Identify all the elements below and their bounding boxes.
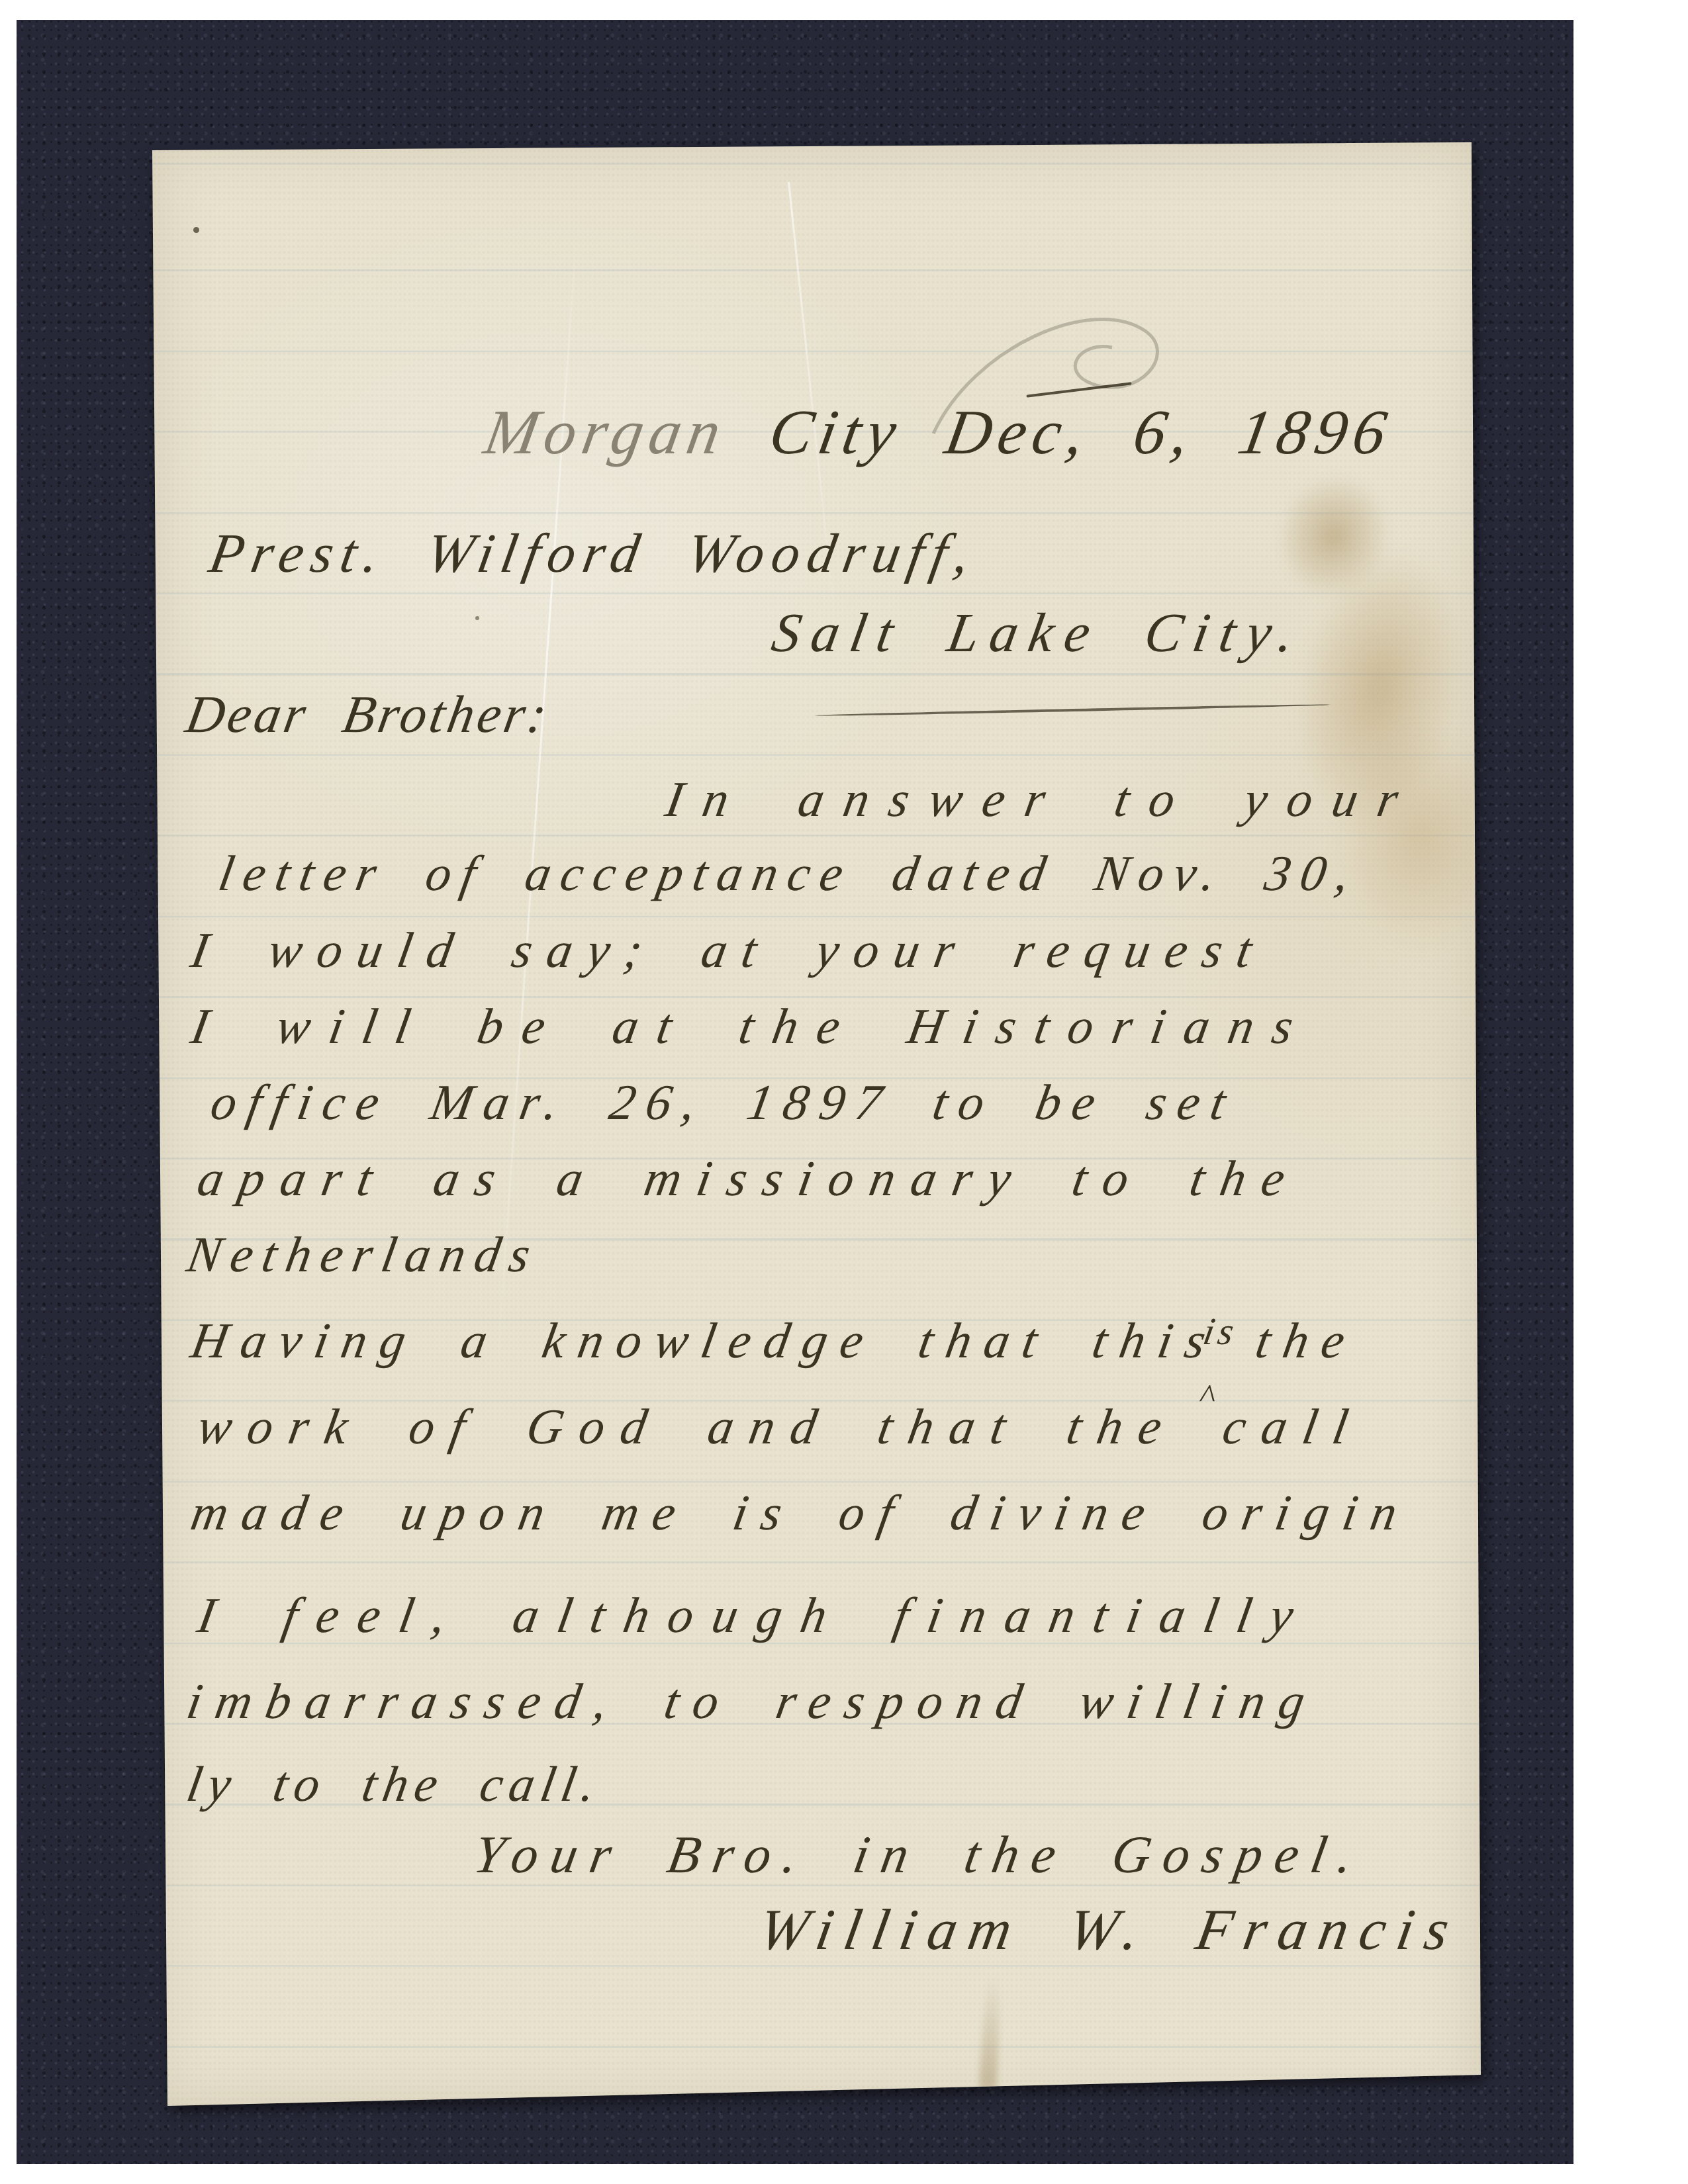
letter-line-with-insertion: Having a knowledge that thisis^the (187, 1316, 1362, 1366)
letter-line: I would say; at your request (187, 925, 1271, 976)
letter-line: work of God and that the call (194, 1402, 1368, 1452)
mat-background: Morgan City Dec, 6, 1896 Prest. Wilford … (17, 20, 1573, 2164)
speck (475, 616, 479, 620)
letter-line: Netherlands (183, 1230, 543, 1280)
dateline-date: City Dec, 6, 1896 (765, 396, 1398, 467)
recipient-name-line: Prest. Wilford Woodruff, (205, 526, 982, 582)
letter-line: made upon me is of divine origin (187, 1488, 1415, 1538)
closing-line: Your Bro. in the Gospel. (470, 1829, 1370, 1882)
scanned-letter-page: Morgan City Dec, 6, 1896 Prest. Wilford … (0, 0, 1688, 2184)
letter-line: I feel, although finantially (194, 1590, 1317, 1641)
letter-line: office Mar. 26, 1897 to be set (207, 1077, 1241, 1128)
letter-line: I will be at the Historians (187, 1001, 1316, 1052)
recipient-city-line: Salt Lake City. (768, 606, 1309, 661)
stain (1337, 725, 1503, 950)
dateline: Morgan City Dec, 6, 1896 (480, 400, 1397, 464)
letter-line: the (1252, 1313, 1362, 1369)
signature: William W. Francis (755, 1901, 1465, 1960)
letter-line: letter of acceptance dated Nov. 30, (215, 848, 1363, 899)
letter-line: apart as a missionary to the (194, 1154, 1305, 1204)
letter-paper: Morgan City Dec, 6, 1896 Prest. Wilford … (152, 142, 1481, 2106)
dateline-place: Morgan (479, 396, 732, 467)
letter-paper-wrap: Morgan City Dec, 6, 1896 Prest. Wilford … (152, 142, 1481, 2106)
speck (193, 227, 199, 233)
salutation: Dear Brother: (182, 688, 553, 741)
letter-line: Having a knowledge that this (187, 1313, 1223, 1369)
letter-line: ly to the call. (183, 1759, 606, 1809)
letter-line: imbarrassed, to respond willing (183, 1676, 1323, 1727)
letter-line: In answer to your (662, 774, 1422, 825)
inserted-word: is (1201, 1312, 1241, 1351)
